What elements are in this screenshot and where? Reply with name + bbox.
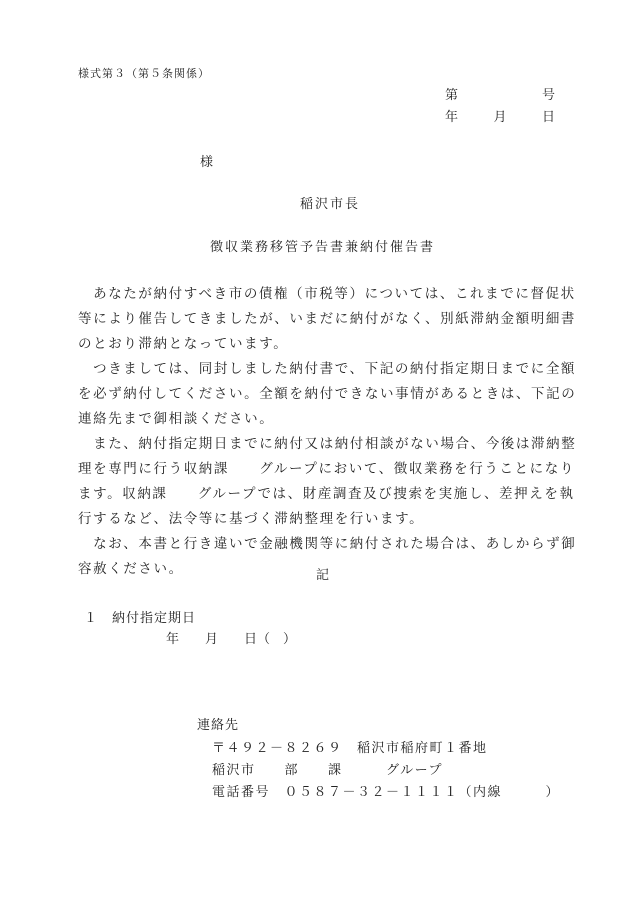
payment-due-date: 年 月 日（ ） [140,632,296,648]
doc-number-suffix: 号 [542,88,555,104]
body-line: 連絡先まで御相談ください。 [78,407,568,432]
body-line: あなたが納付すべき市の債権（市税等）については、これまでに督促状 [78,282,568,307]
body-line: また、納付指定期日までに納付又は納付相談がない場合、今後は滞納整 [78,432,568,457]
date-year: 年 [445,110,458,126]
contact-label: 連絡先 [197,718,239,734]
body-line: 理を専門に行う収納課 グループにおいて、徴収業務を行うことになり [78,457,568,482]
document-page: 様式第３（第５条関係） 第 号 年 月 日 様 稲沢市長 徴収業務移管予告書兼納… [0,0,630,903]
issue-date: 年 月 日 [445,110,555,126]
date-month: 月 [493,110,506,126]
contact-address: 〒４９２－８２６９ 稲沢市稲府町１番地 [212,741,488,757]
body-line: 行するなど、法令等に基づく滞納整理を行います。 [78,507,568,532]
body-line: つきましては、同封しました納付書で、下記の納付指定期日までに全額 [78,357,568,382]
document-number: 第 号 [445,88,555,104]
body-text: あなたが納付すべき市の債権（市税等）については、これまでに督促状 等により催告し… [78,282,568,582]
body-line: 等により催告してきましたが、いまだに納付がなく、別紙滞納金額明細書 [78,307,568,332]
payment-due-label: １ 納付指定期日 [84,611,196,627]
form-number: 様式第３（第５条関係） [78,66,210,82]
body-line: ます。収納課 グループでは、財産調査及び捜索を実施し、差押えを執 [78,482,568,507]
body-line: なお、本書と行き違いで金融機関等に納付された場合は、あしからず御 [78,532,568,557]
issuer: 稲沢市長 [300,197,360,213]
ki-heading: 記 [316,568,329,584]
date-day: 日 [542,110,555,126]
body-line: を必ず納付してください。全額を納付できない事情があるときは、下記の [78,382,568,407]
document-title: 徴収業務移管予告書兼納付催告書 [210,240,435,256]
contact-department: 稲沢市 部 課 グループ [212,763,443,779]
doc-number-prefix: 第 [445,88,458,104]
body-line: のとおり滞納となっています。 [78,332,568,357]
addressee: 様 [200,155,213,171]
contact-phone: 電話番号 ０５８７－３２－１１１１（内線 ） [212,785,560,801]
